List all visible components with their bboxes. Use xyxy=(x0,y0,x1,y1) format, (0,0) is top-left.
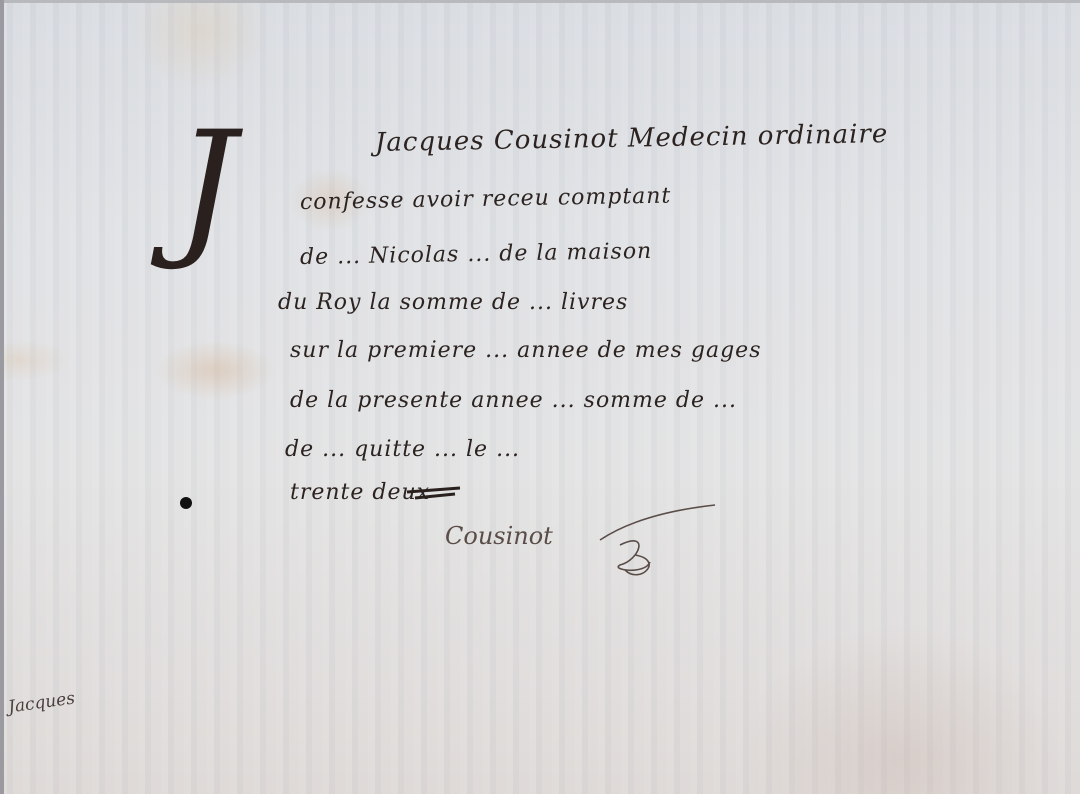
margin-note: Jacques xyxy=(7,688,76,717)
text-line-2: confesse avoir receu comptant xyxy=(300,184,672,215)
manuscript-page: J Jacques Cousinot Medecin ordinaire con… xyxy=(0,0,1080,794)
text-line-6: de la presente annee ... somme de ... xyxy=(290,388,737,413)
page-edge-left xyxy=(0,0,4,794)
strike-flourish-icon xyxy=(405,480,465,505)
text-line-7: de ... quitte ... le ... xyxy=(285,437,520,462)
text-line-5: sur la premiere ... annee de mes gages xyxy=(290,338,762,363)
signature-flourish-icon xyxy=(590,500,730,590)
page-edge-top xyxy=(0,0,1080,3)
text-line-4: du Roy la somme de ... livres xyxy=(278,290,628,315)
drop-cap-initial: J xyxy=(176,112,236,262)
text-line-1: Jacques Cousinot Medecin ordinaire xyxy=(375,119,889,158)
signature: Cousinot xyxy=(445,522,553,550)
ink-dot xyxy=(180,497,192,509)
text-line-3: de ... Nicolas ... de la maison xyxy=(300,239,653,270)
